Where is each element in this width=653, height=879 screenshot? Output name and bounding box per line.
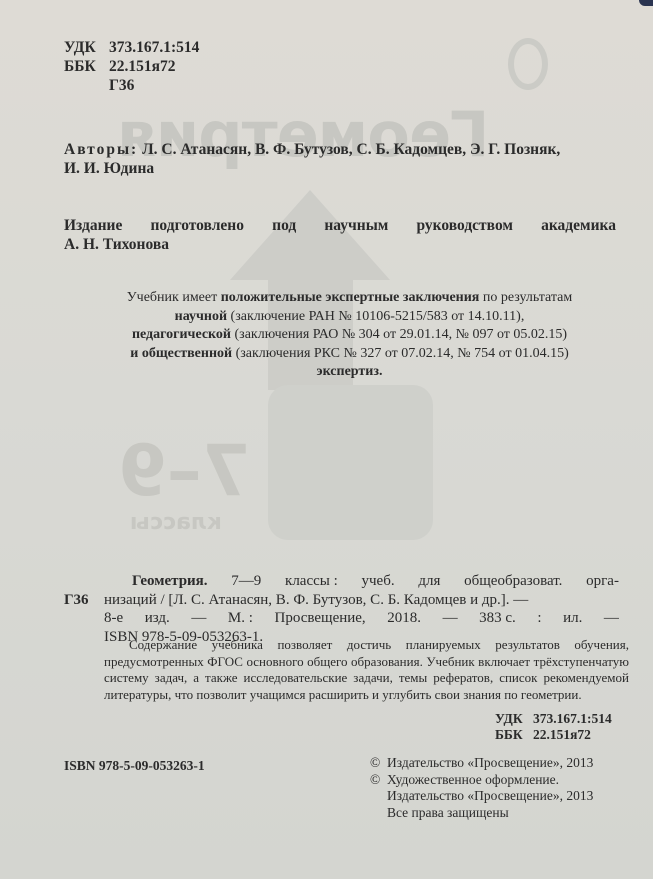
authors-names-cont: И. И. Юдина bbox=[64, 159, 560, 178]
bibliographic-record: Г36 Геометрия.7—9классы :учеб.дляобщеобр… bbox=[64, 572, 619, 646]
word: под bbox=[272, 216, 296, 235]
bleed-through-logo-icon bbox=[508, 38, 548, 90]
expert-text: (заключение РАН № 10106-5215/583 от 14.1… bbox=[227, 309, 524, 324]
expert-text: по результатам bbox=[479, 290, 572, 305]
expert-text-bold: экспертиз. bbox=[82, 363, 617, 382]
biblio-line-2: низаций / [Л. С. Атанасян, В. Ф. Бутузов… bbox=[104, 591, 619, 610]
isbn: ISBN 978-5-09-053263-1 bbox=[64, 756, 205, 775]
word: академика bbox=[541, 216, 616, 235]
authors-names: Л. С. Атанасян, В. Ф. Бутузов, С. Б. Кад… bbox=[142, 141, 560, 158]
copyright-line: Художественное оформление. bbox=[387, 772, 559, 787]
copyright-icon: © bbox=[370, 772, 387, 789]
word: ил. bbox=[563, 609, 582, 628]
udk-label: УДК bbox=[495, 711, 533, 727]
editor-block: Изданиеподготовленоподнаучнымруководство… bbox=[64, 216, 616, 254]
copyright-line: Издательство «Просвещение», 2013 bbox=[387, 788, 593, 803]
word: орга- bbox=[586, 572, 619, 591]
word: Просвещение, bbox=[275, 609, 366, 628]
udk-value: 373.167.1:514 bbox=[533, 711, 612, 726]
biblio-code: Г36 bbox=[64, 591, 89, 610]
expert-text-bold: и общественной bbox=[130, 346, 232, 361]
word: подготовлено bbox=[151, 216, 244, 235]
bbk-value: 22.151я72 bbox=[533, 727, 591, 742]
page-corner bbox=[639, 0, 653, 6]
bbk-label: ББК bbox=[495, 727, 533, 743]
author-mark: Г36 bbox=[109, 77, 134, 94]
copyright-block: ©Издательство «Просвещение», 2013 ©Худож… bbox=[370, 755, 593, 821]
annotation: Содержание учебника позволяет достичь пл… bbox=[104, 637, 629, 703]
bleed-through-grades-label: классы bbox=[130, 510, 222, 535]
bleed-through-box bbox=[268, 385, 433, 540]
imprint-codes-bottom: УДК373.167.1:514 ББК22.151я72 bbox=[495, 711, 612, 743]
word: М. : bbox=[228, 609, 253, 628]
copyright-icon: © bbox=[370, 755, 387, 772]
bleed-through-grades: 7–9 bbox=[118, 430, 250, 512]
udk-value: 373.167.1:514 bbox=[109, 39, 199, 56]
word: 8-е bbox=[104, 609, 123, 628]
word: общеобразоват. bbox=[464, 572, 562, 591]
word: научным bbox=[324, 216, 388, 235]
word: — bbox=[443, 609, 458, 628]
expert-text-bold: научной bbox=[175, 309, 227, 324]
expert-review-block: Учебник имеет положительные экспертные з… bbox=[82, 289, 617, 382]
editor-line-2: А. Н. Тихонова bbox=[64, 235, 616, 254]
word: — bbox=[191, 609, 206, 628]
udk-label: УДК bbox=[64, 38, 109, 57]
expert-text: (заключения РКС № 327 от 07.02.14, № 754… bbox=[232, 346, 569, 361]
bbk-label: ББК bbox=[64, 57, 109, 76]
editor-line-1: Изданиеподготовленоподнаучнымруководство… bbox=[64, 216, 616, 235]
word: 383 с. bbox=[479, 609, 516, 628]
bbk-value: 22.151я72 bbox=[109, 58, 176, 75]
word: 2018. bbox=[387, 609, 421, 628]
imprint-codes-top: УДК373.167.1:514 ББК22.151я72 Г36 bbox=[64, 38, 199, 95]
word: — bbox=[604, 609, 619, 628]
word: учеб. bbox=[362, 572, 395, 591]
word: для bbox=[418, 572, 440, 591]
book-page: Геометрия 7–9 классы УДК373.167.1:514 ББ… bbox=[0, 0, 653, 879]
word: : bbox=[537, 609, 541, 628]
expert-text-bold: педагогической bbox=[132, 327, 231, 342]
expert-text: Учебник имеет bbox=[127, 290, 221, 305]
word: 7—9 bbox=[231, 572, 261, 591]
biblio-line-1: Геометрия.7—9классы :учеб.дляобщеобразов… bbox=[104, 572, 619, 591]
authors-block: Авторы: Л. С. Атанасян, В. Ф. Бутузов, С… bbox=[64, 140, 560, 178]
word: Издание bbox=[64, 216, 122, 235]
word: Геометрия. bbox=[132, 572, 208, 591]
word: классы : bbox=[285, 572, 338, 591]
authors-label: Авторы: bbox=[64, 141, 138, 158]
biblio-line-3: 8-еизд.—М. :Просвещение,2018.—383 с.:ил.… bbox=[104, 609, 619, 628]
expert-text: (заключения РАО № 304 от 29.01.14, № 097… bbox=[231, 327, 567, 342]
rights-reserved: Все права защищены bbox=[387, 805, 509, 820]
word: руководством bbox=[417, 216, 513, 235]
word: изд. bbox=[145, 609, 170, 628]
expert-text-bold: положительные экспертные заключения bbox=[221, 290, 480, 305]
copyright-line: Издательство «Просвещение», 2013 bbox=[387, 755, 593, 770]
